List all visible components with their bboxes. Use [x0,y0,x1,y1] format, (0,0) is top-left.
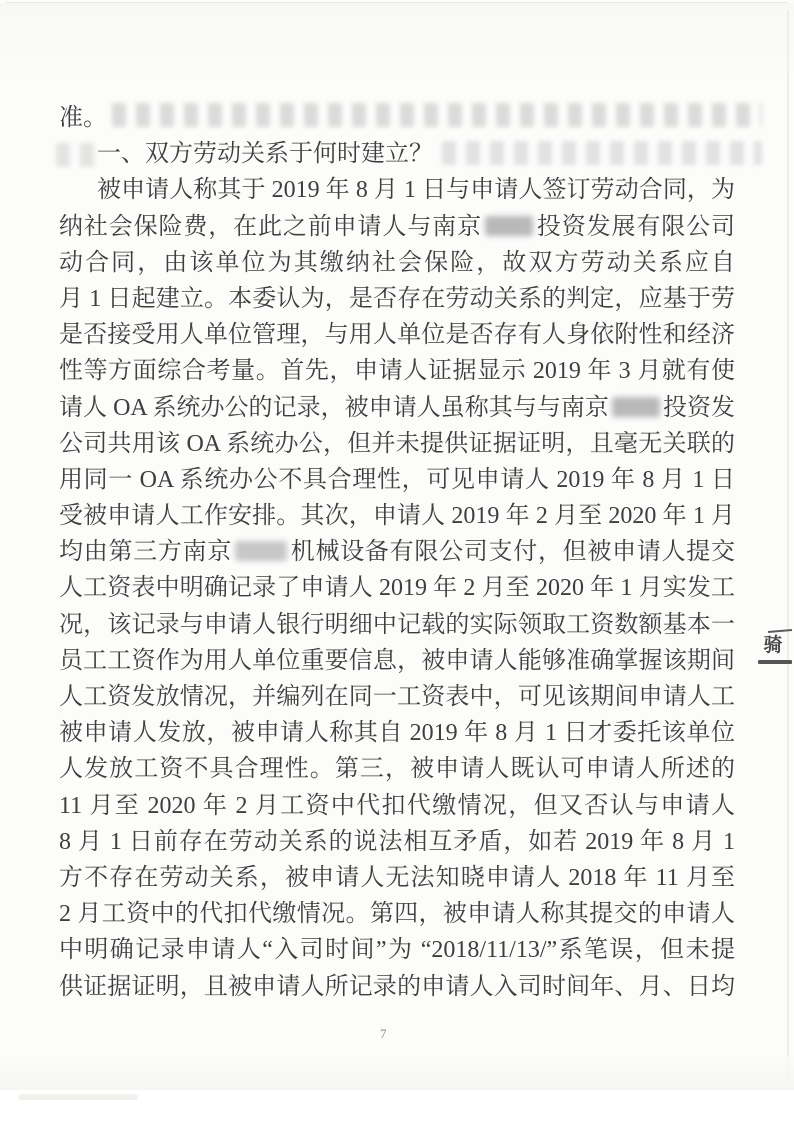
text-line: 2 月工资中的代扣代缴情况。第四，被申请人称其提交的申请人工资表 [59,896,735,932]
page-top-edge [6,2,788,3]
text-line: 中明确记录申请人“入司时间”为 “2018/11/13/”系笔误，但未提 [59,932,735,968]
text-line: 用同一 OA 系统办公不具合理性，可见申请人 2019 年 8 月 1 日前即接 [59,462,735,498]
text-line: 11 月至 2020 年 2 月工资中代扣代缴情况，但又否认与申请人 2019 … [59,788,735,824]
section-heading-line: 一、双方劳动关系于何时建立？ [59,136,735,172]
text-line: 是否接受用人单位管理，与用人单位是否存有人身依附性和经济从属 [59,317,735,353]
page-right-edge [787,10,789,1082]
text-line: 被申请人称其于 2019 年 8 月 1 日与申请人签订劳动合同，为其缴 [59,172,735,208]
text-line: 况，该记录与申请人银行明细中记载的实际领取工资数额基本一致， [59,607,735,643]
document-body-text: 准。 一、双方劳动关系于何时建立？ 被申请人称其于 2019 年 8 月 1 日… [59,100,735,1005]
text-line: 被申请人发放，被申请人称其自 2019 年 8 月 1 日才委托该单位向申请 [59,715,735,751]
line-text: 请人 OA 系统办公的记录，被申请人虽称其与与南京 [59,395,609,421]
scanned-document-page: 准。 一、双方劳动关系于何时建立？ 被申请人称其于 2019 年 8 月 1 日… [0,0,794,1121]
text-line: 人工资表中明确记录了申请人 2019 年 2 月至 2020 年 1 月实发工资… [59,570,735,606]
text-line: 准。 [59,100,735,136]
text-line: 方不存在劳动关系，被申请人无法知晓申请人 2018 年 11 月至 2020 年 [59,860,735,896]
scan-bottom-texture [0,1056,794,1090]
text-line: 请人 OA 系统办公的记录，被申请人虽称其与与南京投资发展有限 [59,390,735,426]
text-line: 供证据证明，且被申请人所记录的申请人入司时间年、月、日均正好 [59,969,735,1005]
redaction-blur [612,397,660,417]
text-line: 员工工资作为用人单位重要信息，被申请人能够准确掌握该期间申请 [59,643,735,679]
scan-top-texture [0,3,794,91]
text-line: 受被申请人工作安排。其次，申请人 2019 年 2 月至 2020 年 1 月工… [59,498,735,534]
line-text: 纳社会保险费，在此之前申请人与南京 [59,214,482,240]
text-line: 纳社会保险费，在此之前申请人与南京投资发展有限公司签订劳 [59,209,735,245]
text-line: 均由第三方南京机械设备有限公司支付，但被申请人提交的申请 [59,534,735,570]
text-line: 公司共用该 OA 系统办公，但并未提供证据证明，且毫无关联的单位共 [59,426,735,462]
stamp-bottom-mark [758,660,792,664]
scan-bottom-shadow [18,1094,138,1100]
page-number: 7 [380,1026,387,1042]
text-line: 人发放工资不具合理性。第三，被申请人既认可申请人所述的 2018 年 [59,751,735,787]
line-text: 均由第三方南京 [59,539,232,565]
edge-seal-stamp: 骑 [754,630,792,664]
text-line: 月 1 日起建立。本委认为，是否存在劳动关系的判定，应基于劳动者 [59,281,735,317]
redaction-blur [235,541,287,561]
redaction-blur [485,216,533,236]
text-line: 8 月 1 日前存在劳动关系的说法相互矛盾，如若 2019 年 8 月 1 日前… [59,824,735,860]
stamp-top-mark [768,629,792,633]
text-line: 动合同，由该单位为其缴纳社会保险，故双方劳动关系应自 2019 年 8 [59,245,735,281]
text-line: 人工资发放情况，并编列在同一工资表中，可见该期间申请人工资由 [59,679,735,715]
text-line: 性等方面综合考量。首先，申请人证据显示 2019 年 3 月就有使用被申 [59,353,735,389]
stamp-character: 骑 [754,635,792,657]
